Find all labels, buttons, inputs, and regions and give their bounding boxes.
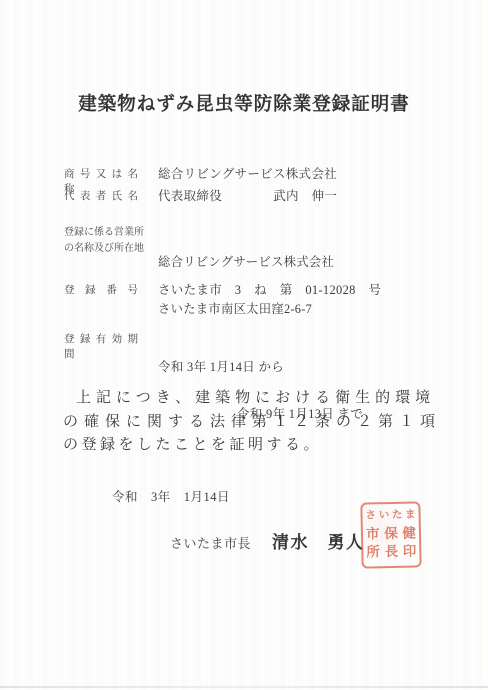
body-line-1: 上記につき、建築物における衛生的環境 (63, 387, 461, 411)
field-trade-name-value: 総合リビングサービス株式会社 (158, 164, 337, 182)
signature-line: さいたま市長 清水 勇人 (170, 528, 365, 553)
field-registration-number-value: さいたま市 3 ね 第 01-12028 号 (158, 280, 381, 298)
issuer-title: さいたま市長 (170, 533, 251, 552)
certificate-page: 建築物ねずみ昆虫等防除業登録証明書 商 号 又 は 名 称 総合リビングサービス… (0, 0, 488, 690)
field-registration-number-label: 登 録 番 号 (64, 280, 138, 297)
official-seal: さいたま 市保健 所長印 (360, 501, 421, 568)
official-seal-text-line1: さいたま (366, 511, 416, 523)
body-line-3: の登録をしたことを証明する。 (63, 434, 461, 458)
field-validity-label: 登 録 有 効 期 間 (64, 329, 138, 361)
field-office-label: 登録に係る営業所 の名称及び所在地 (64, 224, 145, 256)
body-line-2: の確保に関する法律第１２条の２第１項 (63, 411, 461, 435)
scan-edge-artifact (0, 686, 488, 688)
official-seal-text-line3: 所長印 (366, 545, 416, 560)
field-representative-value: 代表取締役 武内 伸一 (158, 186, 337, 204)
field-office-label-line1: 登録に係る営業所 (64, 225, 145, 241)
field-validity-from: 令和 3年 1月14日 から (158, 360, 363, 376)
field-representative: 代 表 者 氏 名 代表取締役 武内 伸一 (64, 186, 337, 204)
official-seal-text-line2: 市保健 (366, 526, 416, 541)
certificate-title: 建築物ねずみ昆虫等防除業登録証明書 (0, 90, 488, 116)
field-representative-label: 代 表 者 氏 名 (64, 186, 138, 203)
certificate-body: 上記につき、建築物における衛生的環境 の確保に関する法律第１２条の２第１項 の登… (63, 387, 461, 458)
field-registration-number: 登 録 番 号 さいたま市 3 ね 第 01-12028 号 (64, 280, 381, 298)
issue-date: 令和 3年 1月14日 (112, 487, 230, 505)
issuer-name: 清水 勇人 (272, 528, 365, 553)
field-office-value-line2: さいたま市南区太田窪2-6-7 (158, 302, 334, 318)
field-office-value-line1: 総合リビングサービス株式会社 (158, 255, 334, 271)
field-office-label-line2: の名称及び所在地 (64, 241, 145, 257)
